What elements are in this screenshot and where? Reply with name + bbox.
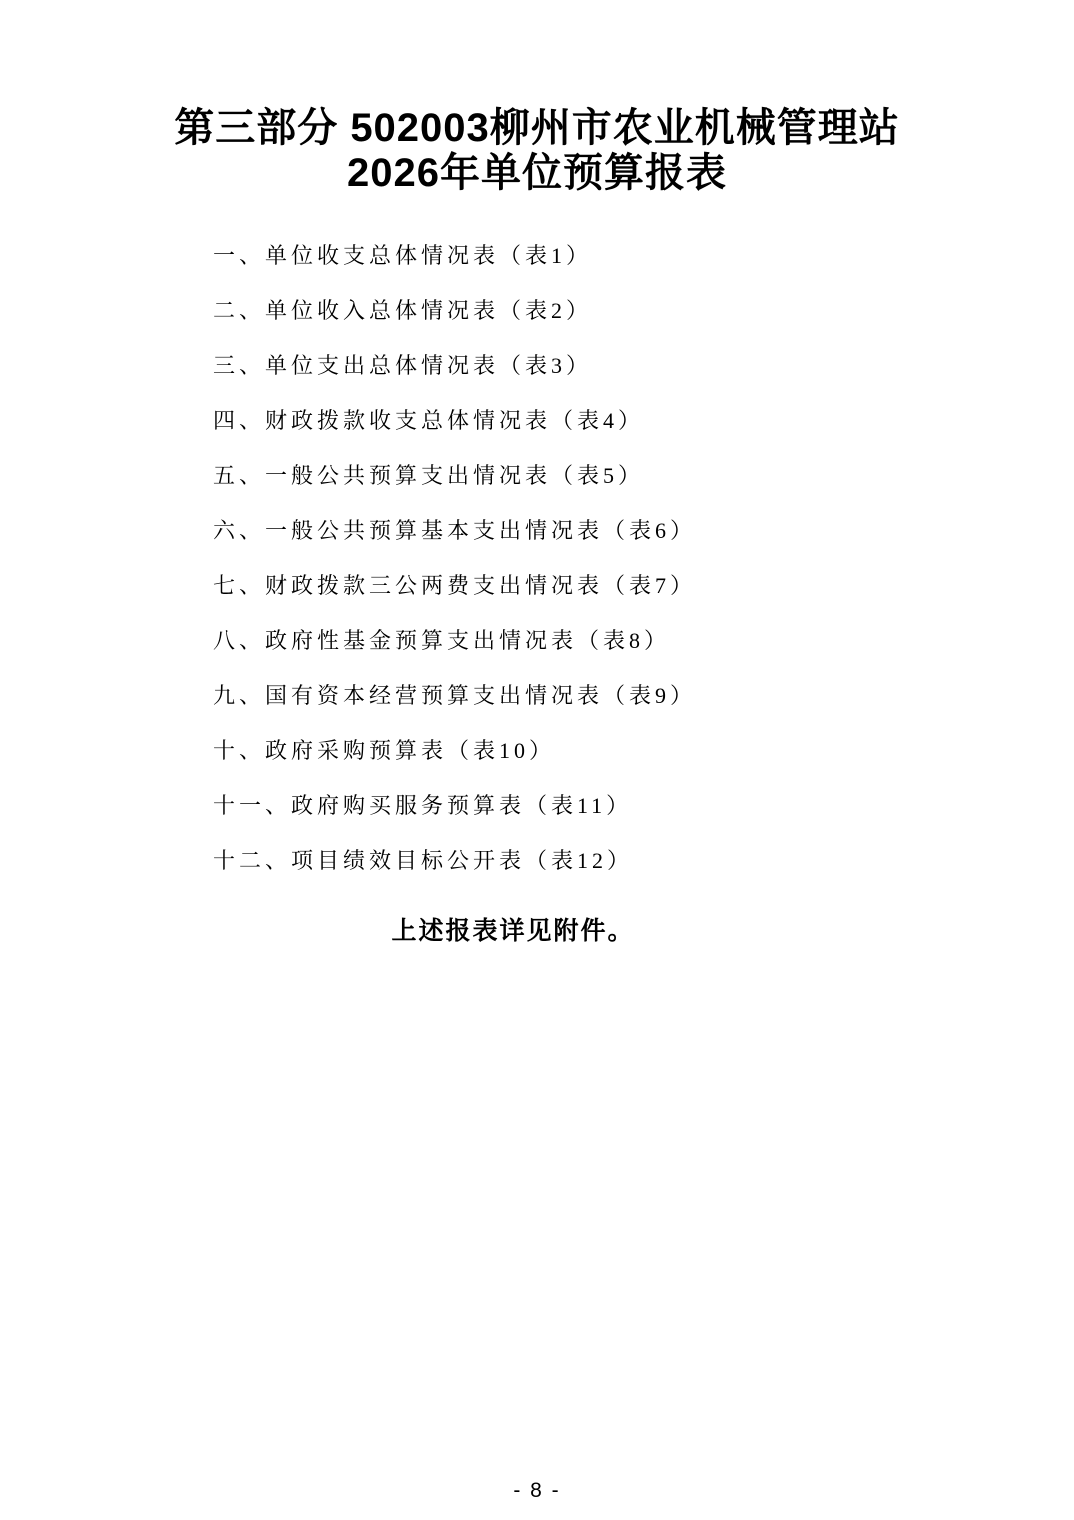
toc-item-1: 一、单位收支总体情况表（表1） bbox=[213, 243, 1074, 298]
title-line-1: 第三部分 502003柳州市农业机械管理站 bbox=[0, 106, 1074, 151]
toc-item-12: 十二、项目绩效目标公开表（表12） bbox=[213, 848, 1074, 903]
document-title: 第三部分 502003柳州市农业机械管理站 2026年单位预算报表 bbox=[0, 0, 1074, 196]
attachment-note: 上述报表详见附件。 bbox=[0, 917, 1074, 947]
toc-item-3: 三、单位支出总体情况表（表3） bbox=[213, 353, 1074, 408]
document-page: 第三部分 502003柳州市农业机械管理站 2026年单位预算报表 一、单位收支… bbox=[0, 0, 1074, 1520]
toc-item-2: 二、单位收入总体情况表（表2） bbox=[213, 298, 1074, 353]
toc-item-10: 十、政府采购预算表（表10） bbox=[213, 738, 1074, 793]
page-number: - 8 - bbox=[0, 1480, 1074, 1502]
toc-item-6: 六、一般公共预算基本支出情况表（表6） bbox=[213, 518, 1074, 573]
toc-item-4: 四、财政拨款收支总体情况表（表4） bbox=[213, 408, 1074, 463]
toc-item-11: 十一、政府购买服务预算表（表11） bbox=[213, 793, 1074, 848]
toc-item-9: 九、国有资本经营预算支出情况表（表9） bbox=[213, 683, 1074, 738]
toc-item-7: 七、财政拨款三公两费支出情况表（表7） bbox=[213, 573, 1074, 628]
toc-item-5: 五、一般公共预算支出情况表（表5） bbox=[213, 463, 1074, 518]
toc-item-8: 八、政府性基金预算支出情况表（表8） bbox=[213, 628, 1074, 683]
title-line-2: 2026年单位预算报表 bbox=[0, 151, 1074, 196]
table-of-contents: 一、单位收支总体情况表（表1） 二、单位收入总体情况表（表2） 三、单位支出总体… bbox=[0, 243, 1074, 903]
